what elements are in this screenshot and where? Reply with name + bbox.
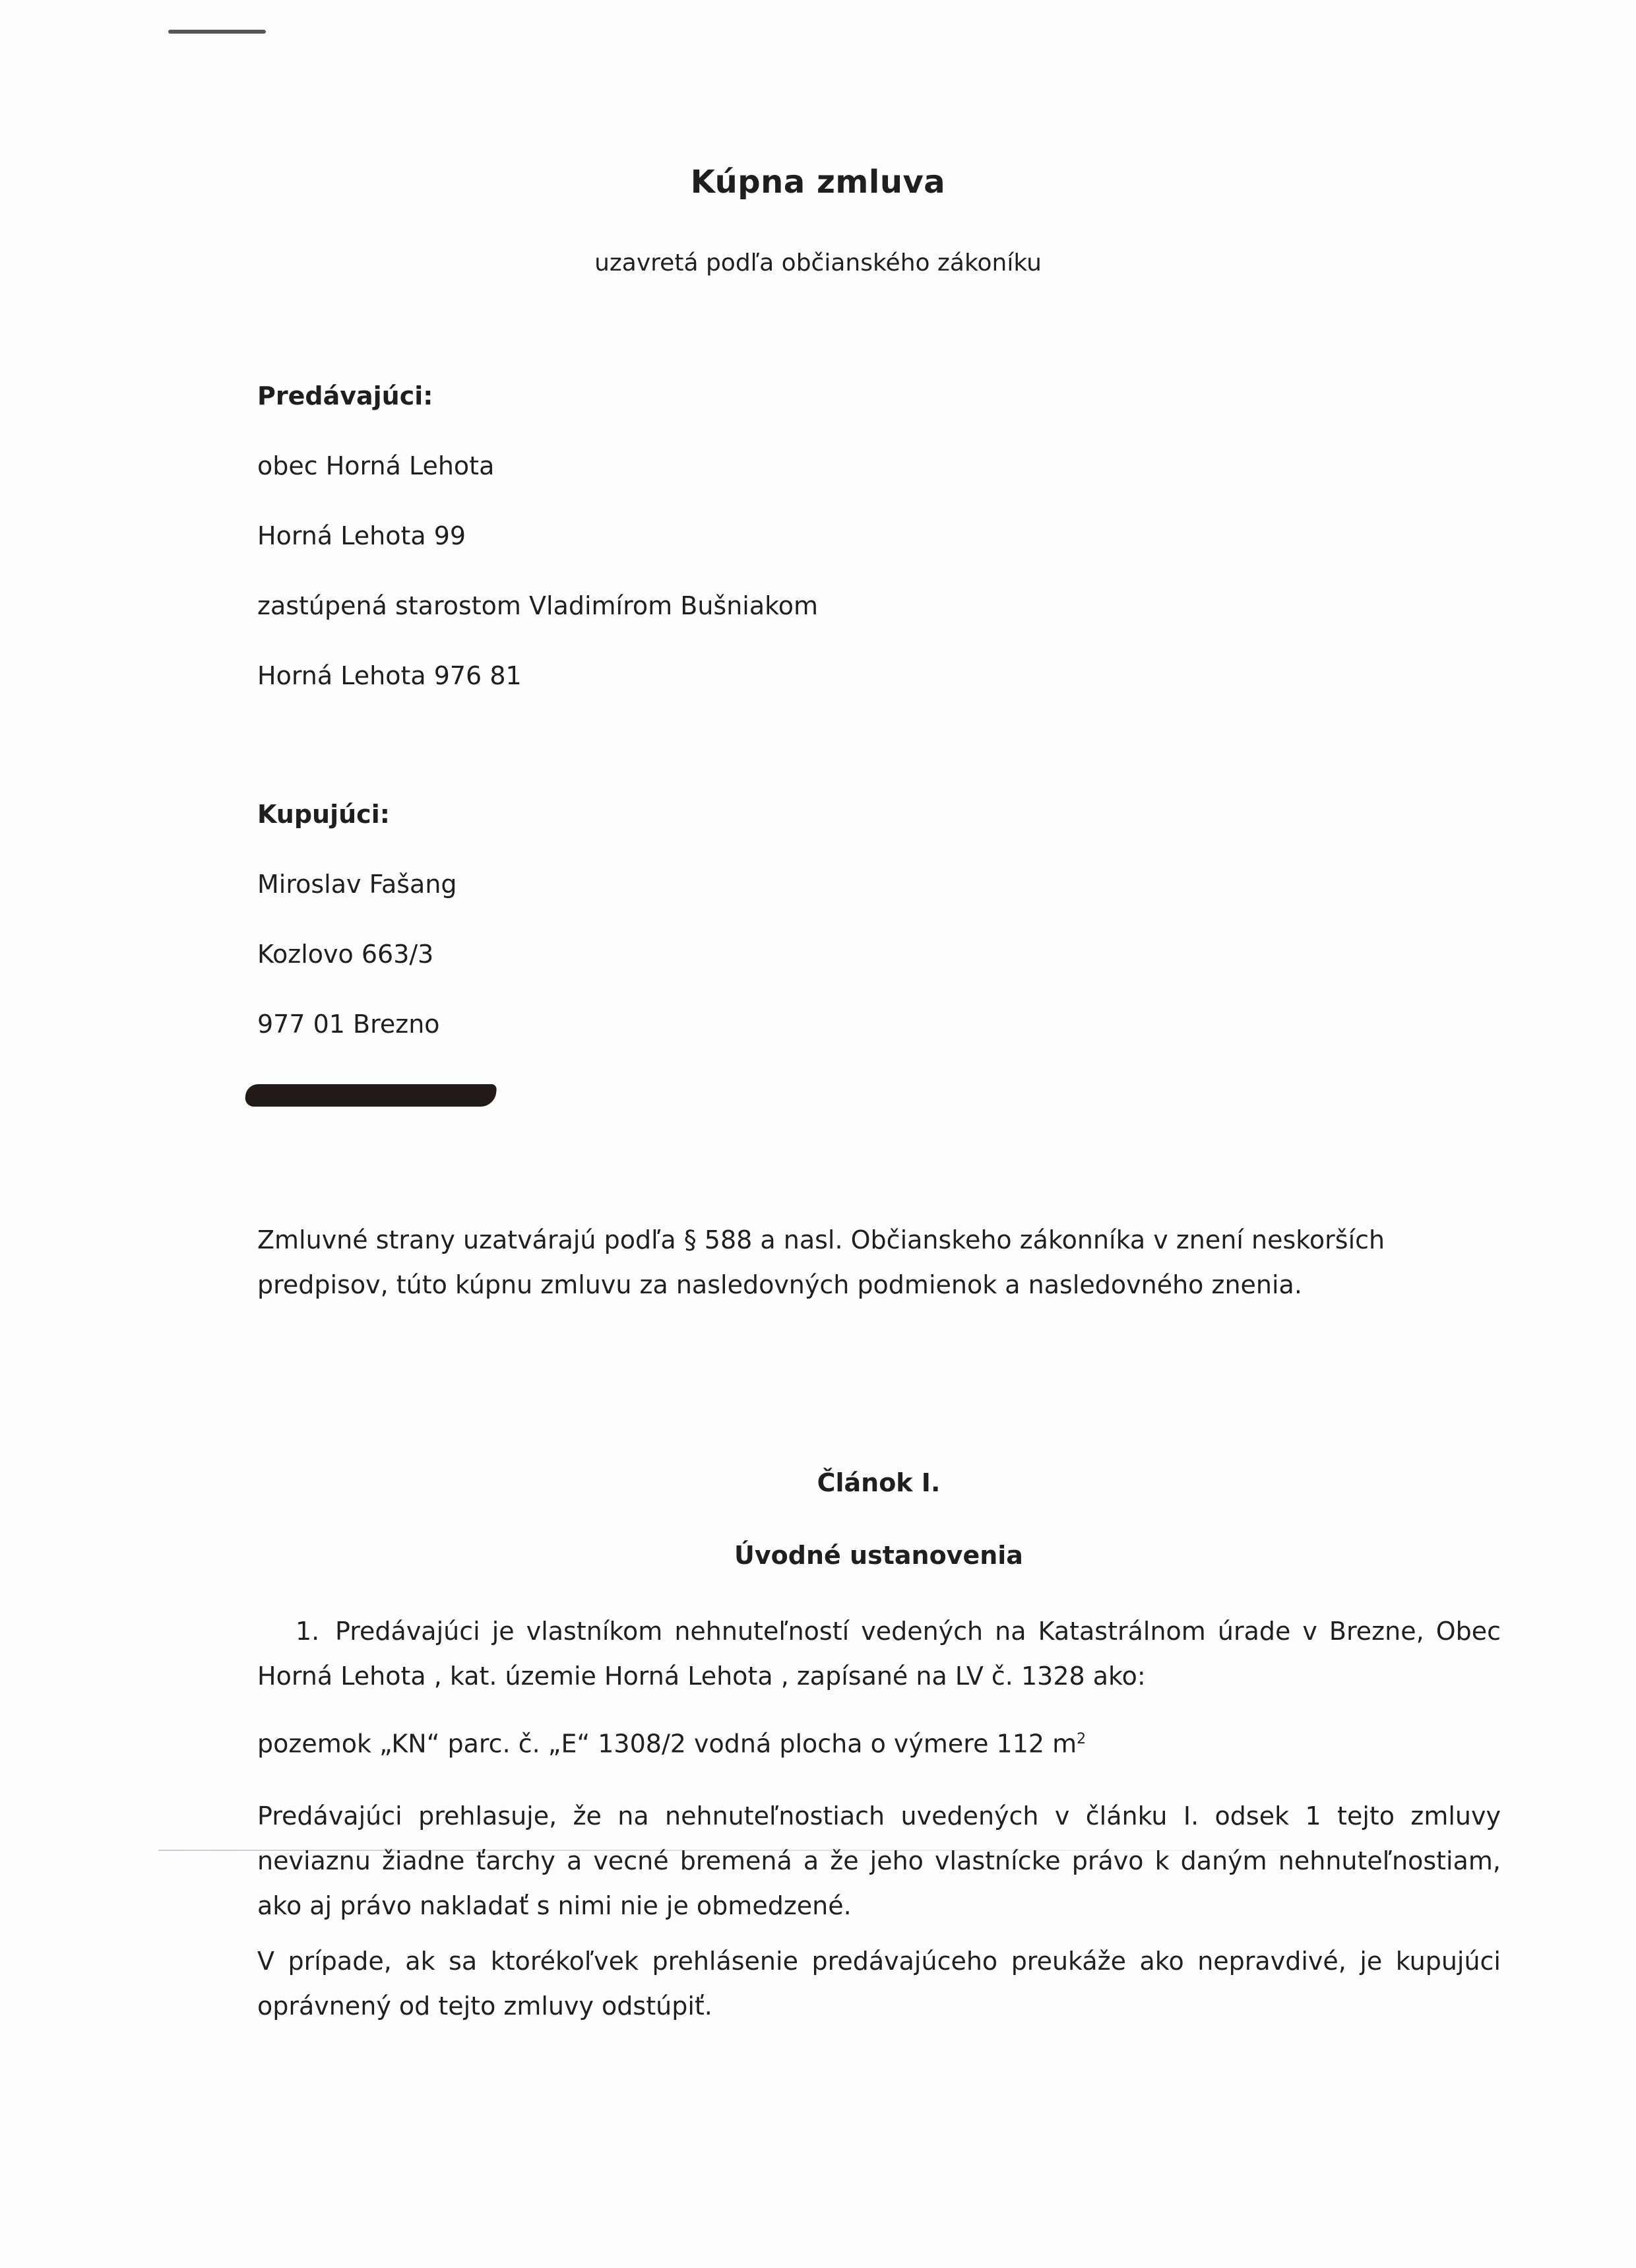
article-title: Úvodné ustanovenia <box>61 1541 1636 1570</box>
seller-block: Predávajúci: obec Horná Lehota Horná Leh… <box>257 381 818 731</box>
withdrawal-paragraph: V prípade, ak sa ktorékoľvek prehlásenie… <box>257 1939 1501 2028</box>
staple-mark <box>168 30 266 34</box>
parcel-unit-exponent: 2 <box>1077 1731 1086 1747</box>
seller-label: Predávajúci: <box>257 381 818 451</box>
article-number: Článok I. <box>61 1468 1636 1497</box>
document-page: Kúpna zmluva uzavretá podľa občianského … <box>0 0 1636 2268</box>
intro-paragraph: Zmluvné strany uzatvárajú podľa § 588 a … <box>257 1217 1501 1307</box>
buyer-line: Miroslav Fašang <box>257 870 457 940</box>
document-subtitle: uzavretá podľa občianského zákoníku <box>0 249 1636 276</box>
buyer-line: 977 01 Brezno <box>257 1010 457 1080</box>
seller-line: Horná Lehota 99 <box>257 521 818 591</box>
parcel-text: pozemok „KN“ parc. č. „E“ 1308/2 vodná p… <box>257 1730 1077 1759</box>
buyer-line: Kozlovo 663/3 <box>257 940 457 1010</box>
seller-line: obec Horná Lehota <box>257 451 818 521</box>
clause-number: 1. <box>296 1609 335 1654</box>
document-title: Kúpna zmluva <box>0 164 1636 201</box>
clause-1: 1.Predávajúci je vlastníkom nehnuteľnost… <box>257 1609 1501 1699</box>
clause-text: Predávajúci je vlastníkom nehnuteľností … <box>257 1617 1501 1691</box>
buyer-label: Kupujúci: <box>257 800 457 870</box>
parcel-line: pozemok „KN“ parc. č. „E“ 1308/2 vodná p… <box>257 1717 1501 1766</box>
seller-line: Horná Lehota 976 81 <box>257 661 818 731</box>
declaration-paragraph: Predávajúci prehlasuje, že na nehnuteľno… <box>257 1794 1501 1928</box>
seller-line: zastúpená starostom Vladimírom Bušniakom <box>257 591 818 661</box>
redaction-mark <box>245 1084 497 1107</box>
buyer-block: Kupujúci: Miroslav Fašang Kozlovo 663/3 … <box>257 800 457 1080</box>
